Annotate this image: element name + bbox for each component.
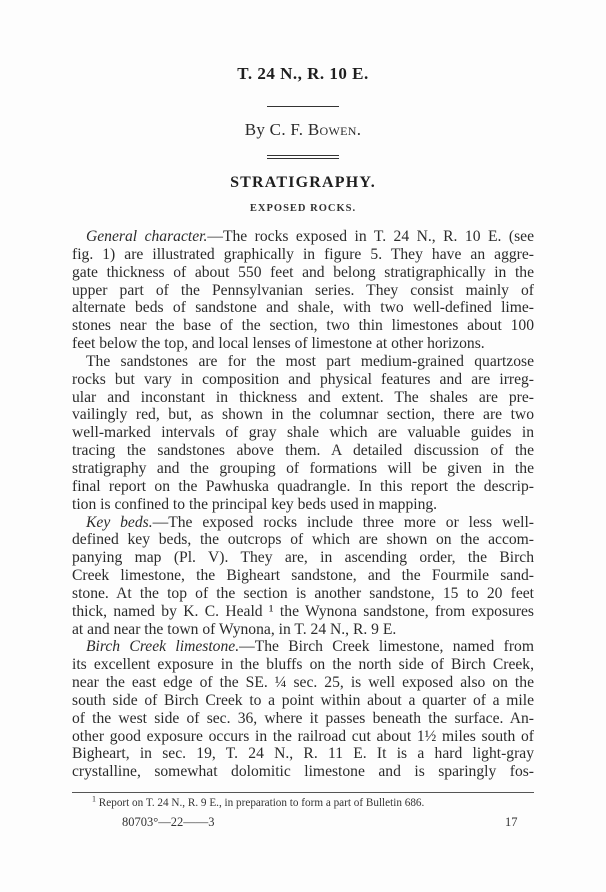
body-line-text: tracing the sandstones above them. A det… [72,442,534,459]
body-line: crystalline, somewhat dolomitic limeston… [72,763,534,781]
title-divider [267,106,339,107]
page-title: T. 24 N., R. 10 E. [0,64,606,84]
body-line: well-marked intervals of gray shale whic… [72,424,534,442]
body-line-text: stone. At the top of the section is anot… [72,585,534,602]
body-line: at and near the town of Wynona, in T. 24… [72,621,534,639]
body-line-text: thick, named by K. C. Heald ¹ the Wynona… [72,603,534,620]
body-line-text: —The Birch Creek limestone, named from [239,638,534,655]
body-line-text: The sandstones are for the most part med… [86,353,534,370]
body-line-text: Bigheart, in sec. 19, T. 24 N., R. 11 E.… [72,745,534,762]
byline-divider-bottom [267,158,339,159]
body-line: feet below the top, and local lenses of … [72,335,534,353]
body-line-text: other good exposure occurs in the railro… [72,728,534,745]
body-line-text: —The rocks exposed in T. 24 N., R. 10 E.… [207,228,534,245]
body-line: Bigheart, in sec. 19, T. 24 N., R. 11 E.… [72,745,534,763]
body-line: The sandstones are for the most part med… [72,353,534,371]
body-line: ular and inconstant in thickness and ext… [72,389,534,407]
body-line: its excellent exposure in the bluffs on … [72,656,534,674]
paragraph-lead-heading: Key beds. [86,514,153,531]
body-line-text: well-marked intervals of gray shale whic… [72,424,534,441]
body-line: of the west side of sec. 36, where it pa… [72,710,534,728]
body-line-text: of the west side of sec. 36, where it pa… [72,710,534,727]
body-line-text: gate thickness of about 550 feet and bel… [72,264,534,281]
body-line: stone. At the top of the section is anot… [72,585,534,603]
body-line: tracing the sandstones above them. A det… [72,442,534,460]
body-line-text: fig. 1) are illustrated graphically in f… [72,246,534,263]
author-name: Bowen. [308,120,361,139]
body-text: General character.—The rocks exposed in … [72,228,534,781]
body-line-text: stones near the base of the section, two… [72,317,534,334]
body-line: Creek limestone, the Bigheart sandstone,… [72,567,534,585]
body-line-text: stratigraphy and the grouping of formati… [72,460,534,477]
body-line: thick, named by K. C. Heald ¹ the Wynona… [72,603,534,621]
body-line: General character.—The rocks exposed in … [72,228,534,246]
body-line: rocks but vary in composition and physic… [72,371,534,389]
footnote-divider [72,792,534,793]
body-line-text: crystalline, somewhat dolomitic limeston… [72,763,534,780]
body-line: gate thickness of about 550 feet and bel… [72,264,534,282]
body-line-text: alternate beds of sandstone and shale, w… [72,299,534,316]
body-line: Key beds.—The exposed rocks include thre… [72,514,534,532]
body-line: defined key beds, the outcrops of which … [72,531,534,549]
body-line-text: Creek limestone, the Bigheart sandstone,… [72,567,534,584]
body-line-text: upper part of the Pennsylvanian series. … [72,282,534,299]
byline-divider-top [267,155,339,156]
body-line-text: —The exposed rocks include three more or… [153,514,534,531]
body-line-text: rocks but vary in composition and physic… [72,371,534,388]
body-line: Birch Creek limestone.—The Birch Creek l… [72,638,534,656]
body-line-text: final report on the Pawhuska quadrangle.… [72,478,534,495]
body-line: alternate beds of sandstone and shale, w… [72,299,534,317]
body-line-text: defined key beds, the outcrops of which … [72,531,534,548]
body-line-text: feet below the top, and local lenses of … [72,335,485,352]
printer-signature: 80703°—22——3 [122,815,215,830]
body-line: stones near the base of the section, two… [72,317,534,335]
body-line-text: ular and inconstant in thickness and ext… [72,389,534,406]
body-line: fig. 1) are illustrated graphically in f… [72,246,534,264]
footnote-text: Report on T. 24 N., R. 9 E., in preparat… [96,797,424,809]
body-line: stratigraphy and the grouping of formati… [72,460,534,478]
paragraph-lead-heading: Birch Creek limestone. [86,638,239,655]
body-line: panying map (Pl. V). They are, in ascend… [72,549,534,567]
body-line: vailingly red, but, as shown in the colu… [72,406,534,424]
body-line-text: vailingly red, but, as shown in the colu… [72,406,534,423]
body-line: south side of Birch Creek to a point wit… [72,692,534,710]
body-line: other good exposure occurs in the railro… [72,728,534,746]
subsection-heading: EXPOSED ROCKS. [0,203,606,214]
footnote: 1 Report on T. 24 N., R. 9 E., in prepar… [92,797,532,809]
author-byline: By C. F. Bowen. [0,120,606,140]
body-line-text: tion is confined to the principal key be… [72,496,437,513]
body-line: tion is confined to the principal key be… [72,496,534,514]
document-page: T. 24 N., R. 10 E. By C. F. Bowen. STRAT… [0,0,606,892]
body-line: final report on the Pawhuska quadrangle.… [72,478,534,496]
body-line: near the east edge of the SE. ¼ sec. 25,… [72,674,534,692]
body-line-text: at and near the town of Wynona, in T. 24… [72,621,396,638]
body-line-text: near the east edge of the SE. ¼ sec. 25,… [72,674,534,691]
body-line-text: panying map (Pl. V). They are, in ascend… [72,549,534,566]
byline-prefix: By C. F. [245,120,308,139]
page-number: 17 [505,815,518,830]
body-line-text: its excellent exposure in the bluffs on … [72,656,534,673]
section-heading: STRATIGRAPHY. [0,174,606,192]
paragraph-lead-heading: General character. [86,228,207,245]
body-line: upper part of the Pennsylvanian series. … [72,282,534,300]
body-line-text: south side of Birch Creek to a point wit… [72,692,534,709]
